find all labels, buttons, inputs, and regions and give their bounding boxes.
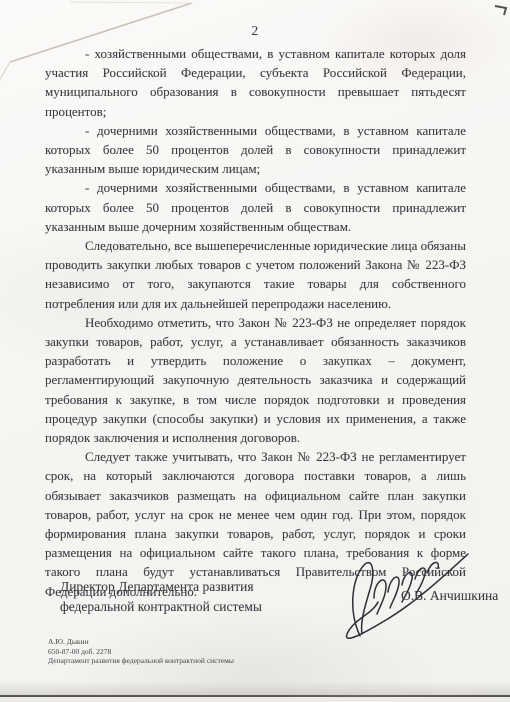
signer-position-title: Директор Департамента развития федеральн… <box>60 577 290 616</box>
scan-bottom-shadow <box>0 681 510 695</box>
signer-position-line2: федеральной контрактной системы <box>60 597 290 617</box>
executor-footer: А.Ю. Дыкин 650-87-00 доб. 2278 Департаме… <box>48 637 234 666</box>
executor-phone: 650-87-00 доб. 2278 <box>48 647 234 657</box>
signer-position-line1: Директор Департамента развития <box>60 577 290 597</box>
executor-name: А.Ю. Дыкин <box>48 637 234 647</box>
paragraph-subsidiaries-subsidiary: - дочерними хозяйственными обществами, в… <box>45 178 466 236</box>
page-number: 2 <box>0 24 510 40</box>
paragraph-subsidiaries-legal: - дочерними хозяйственными обществами, в… <box>45 121 466 179</box>
signer-name: О.В. Анчишкина <box>401 588 498 604</box>
paragraph-consequence: Следовательно, все вышеперечисленные юри… <box>45 236 466 313</box>
letter-body: - хозяйственными обществами, в уставном … <box>45 44 466 601</box>
paragraph-ownership-companies: - хозяйственными обществами, в уставном … <box>45 44 466 121</box>
scanned-letter-page: 2 - хозяйственными обществами, в уставно… <box>0 0 510 702</box>
scan-below-edge <box>0 697 510 702</box>
executor-department: Департамент развития федеральной контрак… <box>48 656 234 666</box>
paragraph-law-note: Необходимо отметить, что Закон № 223-ФЗ … <box>45 313 466 447</box>
